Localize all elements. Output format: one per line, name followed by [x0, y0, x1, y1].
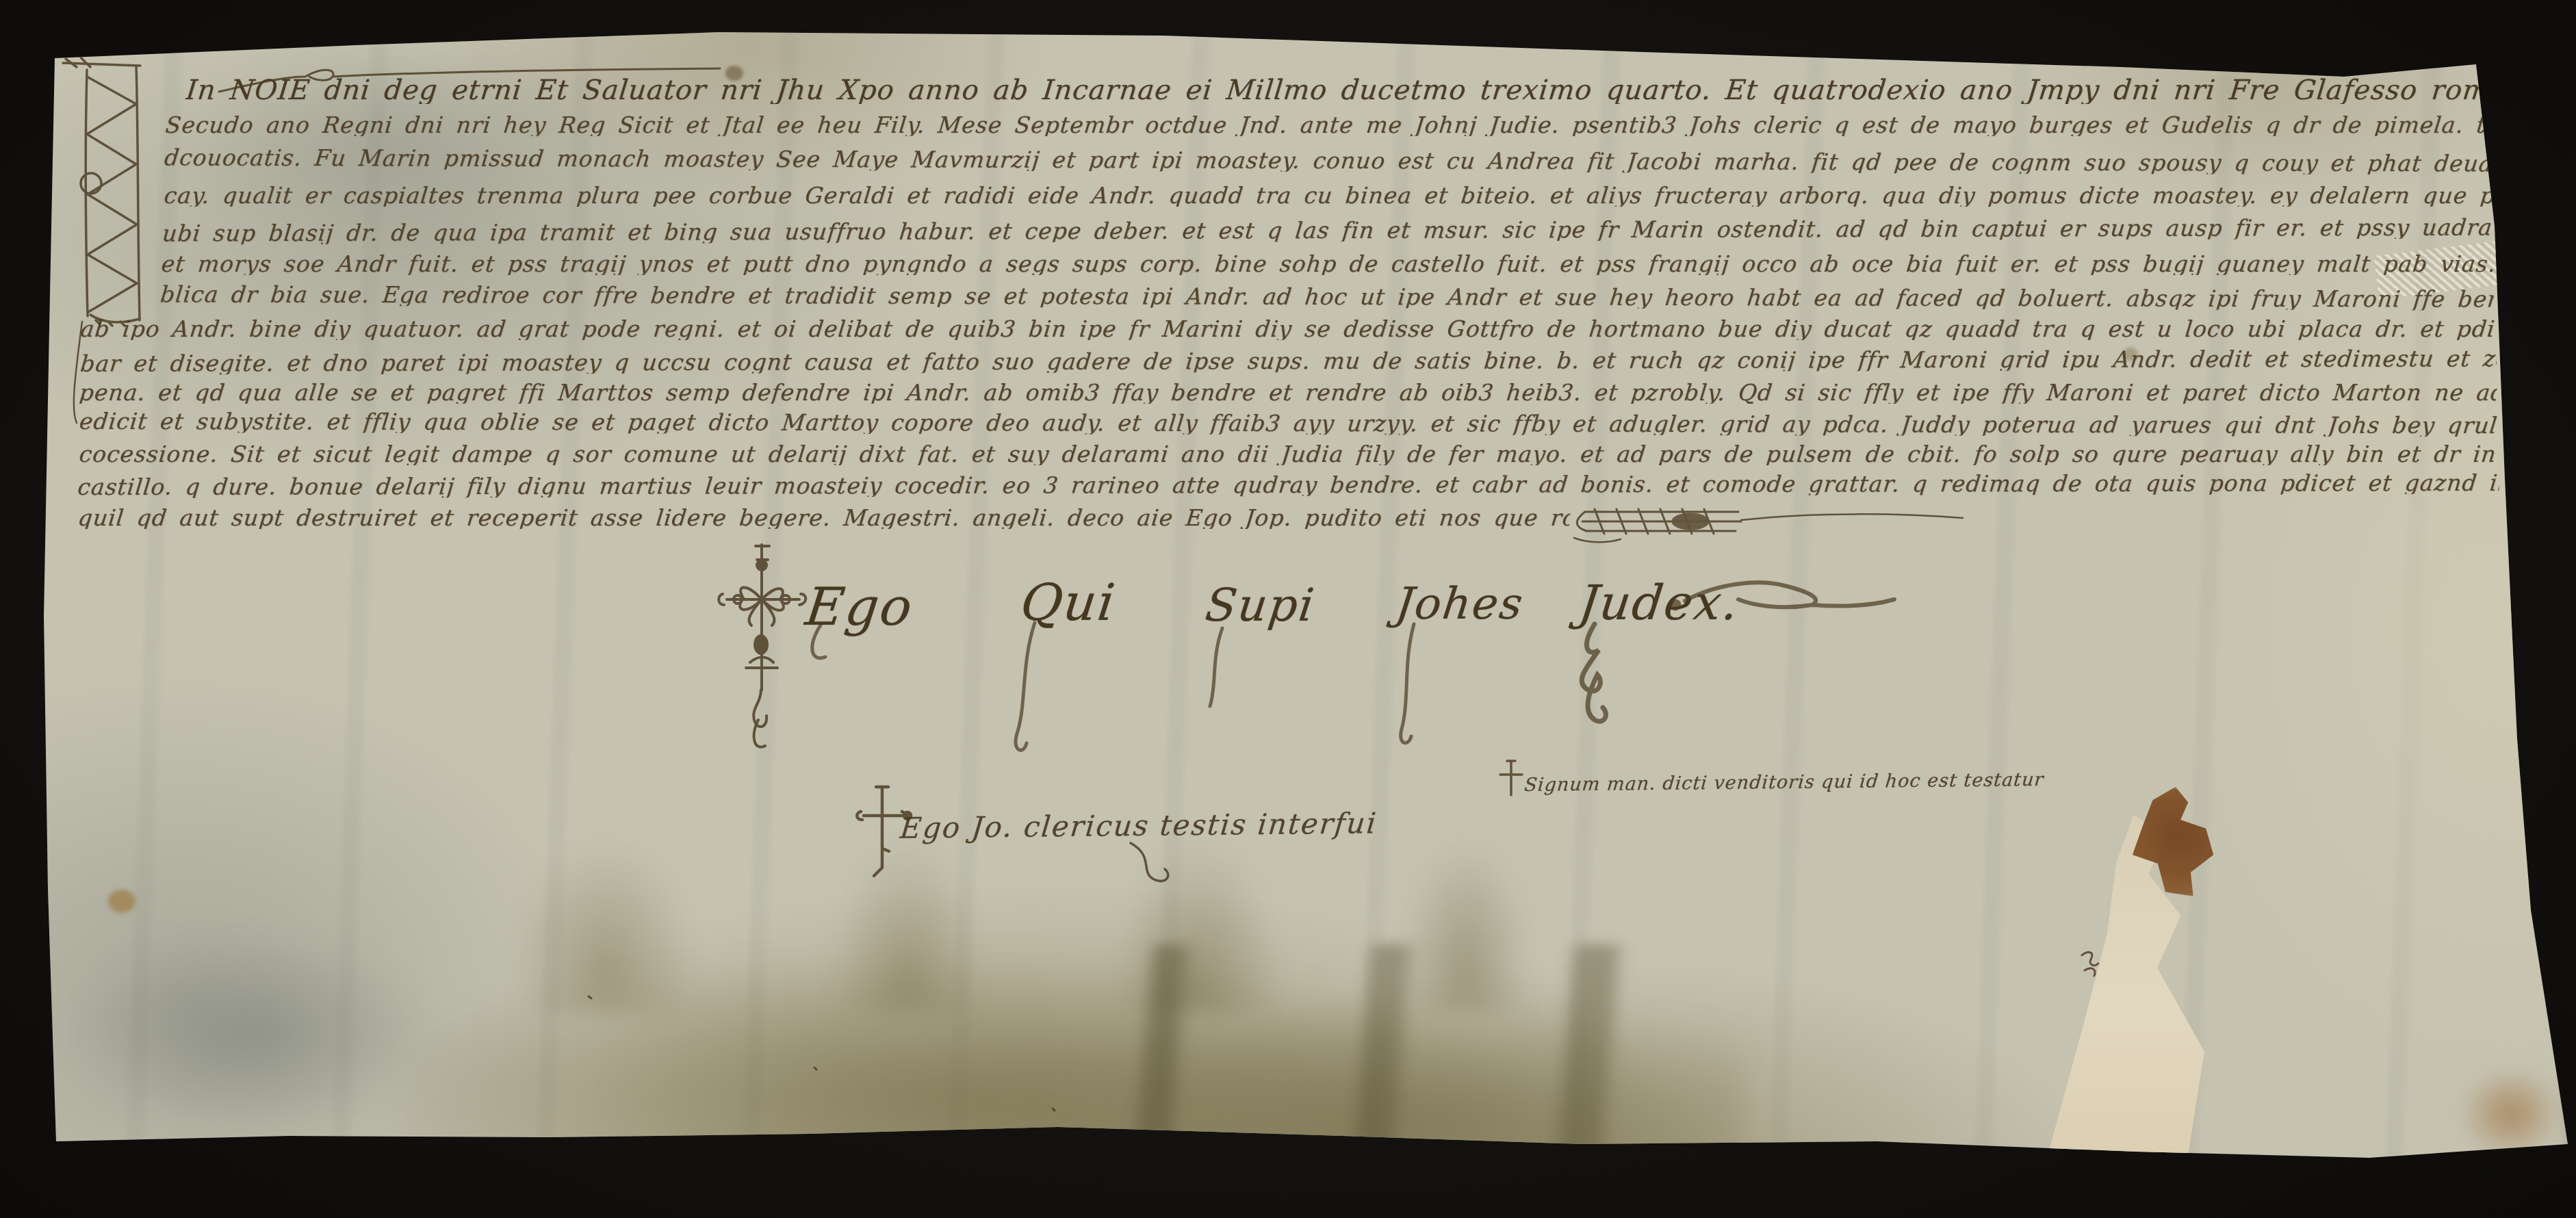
signature-word-ego: Ego [803, 576, 917, 637]
photograph-of-charter: In NOIE dni deg etrni Et Saluator nri Jh… [0, 0, 2576, 1218]
signature-word-judex: Judex. [1576, 575, 1742, 631]
signature-word-supra: Supi [1202, 579, 1318, 632]
witness-flourish [1131, 843, 1168, 881]
charter-line: ubi sup blasij dr. de qua ipa tramit et … [162, 216, 2495, 245]
charter-line: blica dr bia sue. Ega rediroe cor ffre b… [159, 283, 2495, 310]
charter-line: Secudo ano Regni dni nri hey Reg Sicit e… [164, 114, 2493, 136]
dark-streaks [1109, 944, 1725, 1156]
small-spot-1 [108, 890, 136, 913]
parchment-sheet: In NOIE dni deg etrni Et Saluator nri Jh… [0, 0, 2576, 1218]
charter-line: pena. et qd qua alle se et pagret ffi Ma… [78, 381, 2497, 404]
witness-line-vendor: Signum man. dicti venditoris qui id hoc … [1523, 769, 2045, 796]
water-stain-band [411, 903, 1745, 1177]
charter-line: et morys soe Andr fuit. et pss tragij yn… [160, 252, 2495, 275]
grey-blotch-left [55, 910, 493, 1136]
rust-stain [2115, 787, 2241, 896]
notarial-cross-icon [719, 545, 806, 747]
charter-line: bar et disegite. et dno paret ipi moaste… [79, 347, 2498, 374]
repair-patch [1998, 814, 2293, 1163]
charter-line: edicit et subystite. et ffliy qua oblie … [79, 410, 2499, 437]
charter-line: ab ipo Andr. bine diy quatuor. ad grat p… [79, 318, 2496, 340]
charter-line: In NOIE dni deg etrni Et Saluator nri Jh… [185, 77, 2494, 104]
small-ink-dot [589, 996, 1055, 1111]
charter-line: dcouocatis. Fu Marin pmissud monach moas… [164, 146, 2494, 175]
charter-line: quil qd aut supt destruiret et receperit… [77, 506, 1571, 529]
small-ink-squiggle [2082, 953, 2098, 976]
closing-signum-mark [1574, 509, 1963, 542]
witness-cross-icon-2 [1500, 761, 1522, 795]
charter-line: castillo. q dure. bonue delarij fily dig… [77, 471, 2501, 498]
rust-stain-right-edge [2443, 1054, 2566, 1163]
witness-line-cleric: Ego Jo. clericus testis interfui [899, 806, 1378, 844]
signature-word-johes: Johes [1393, 579, 1526, 630]
signature-word-qui: Qui [1018, 573, 1120, 632]
charter-line: cocessione. Sit et sicut legit dampe q s… [78, 443, 2500, 465]
charter-line: cay. qualit er caspialtes trenma plura p… [163, 184, 2495, 207]
